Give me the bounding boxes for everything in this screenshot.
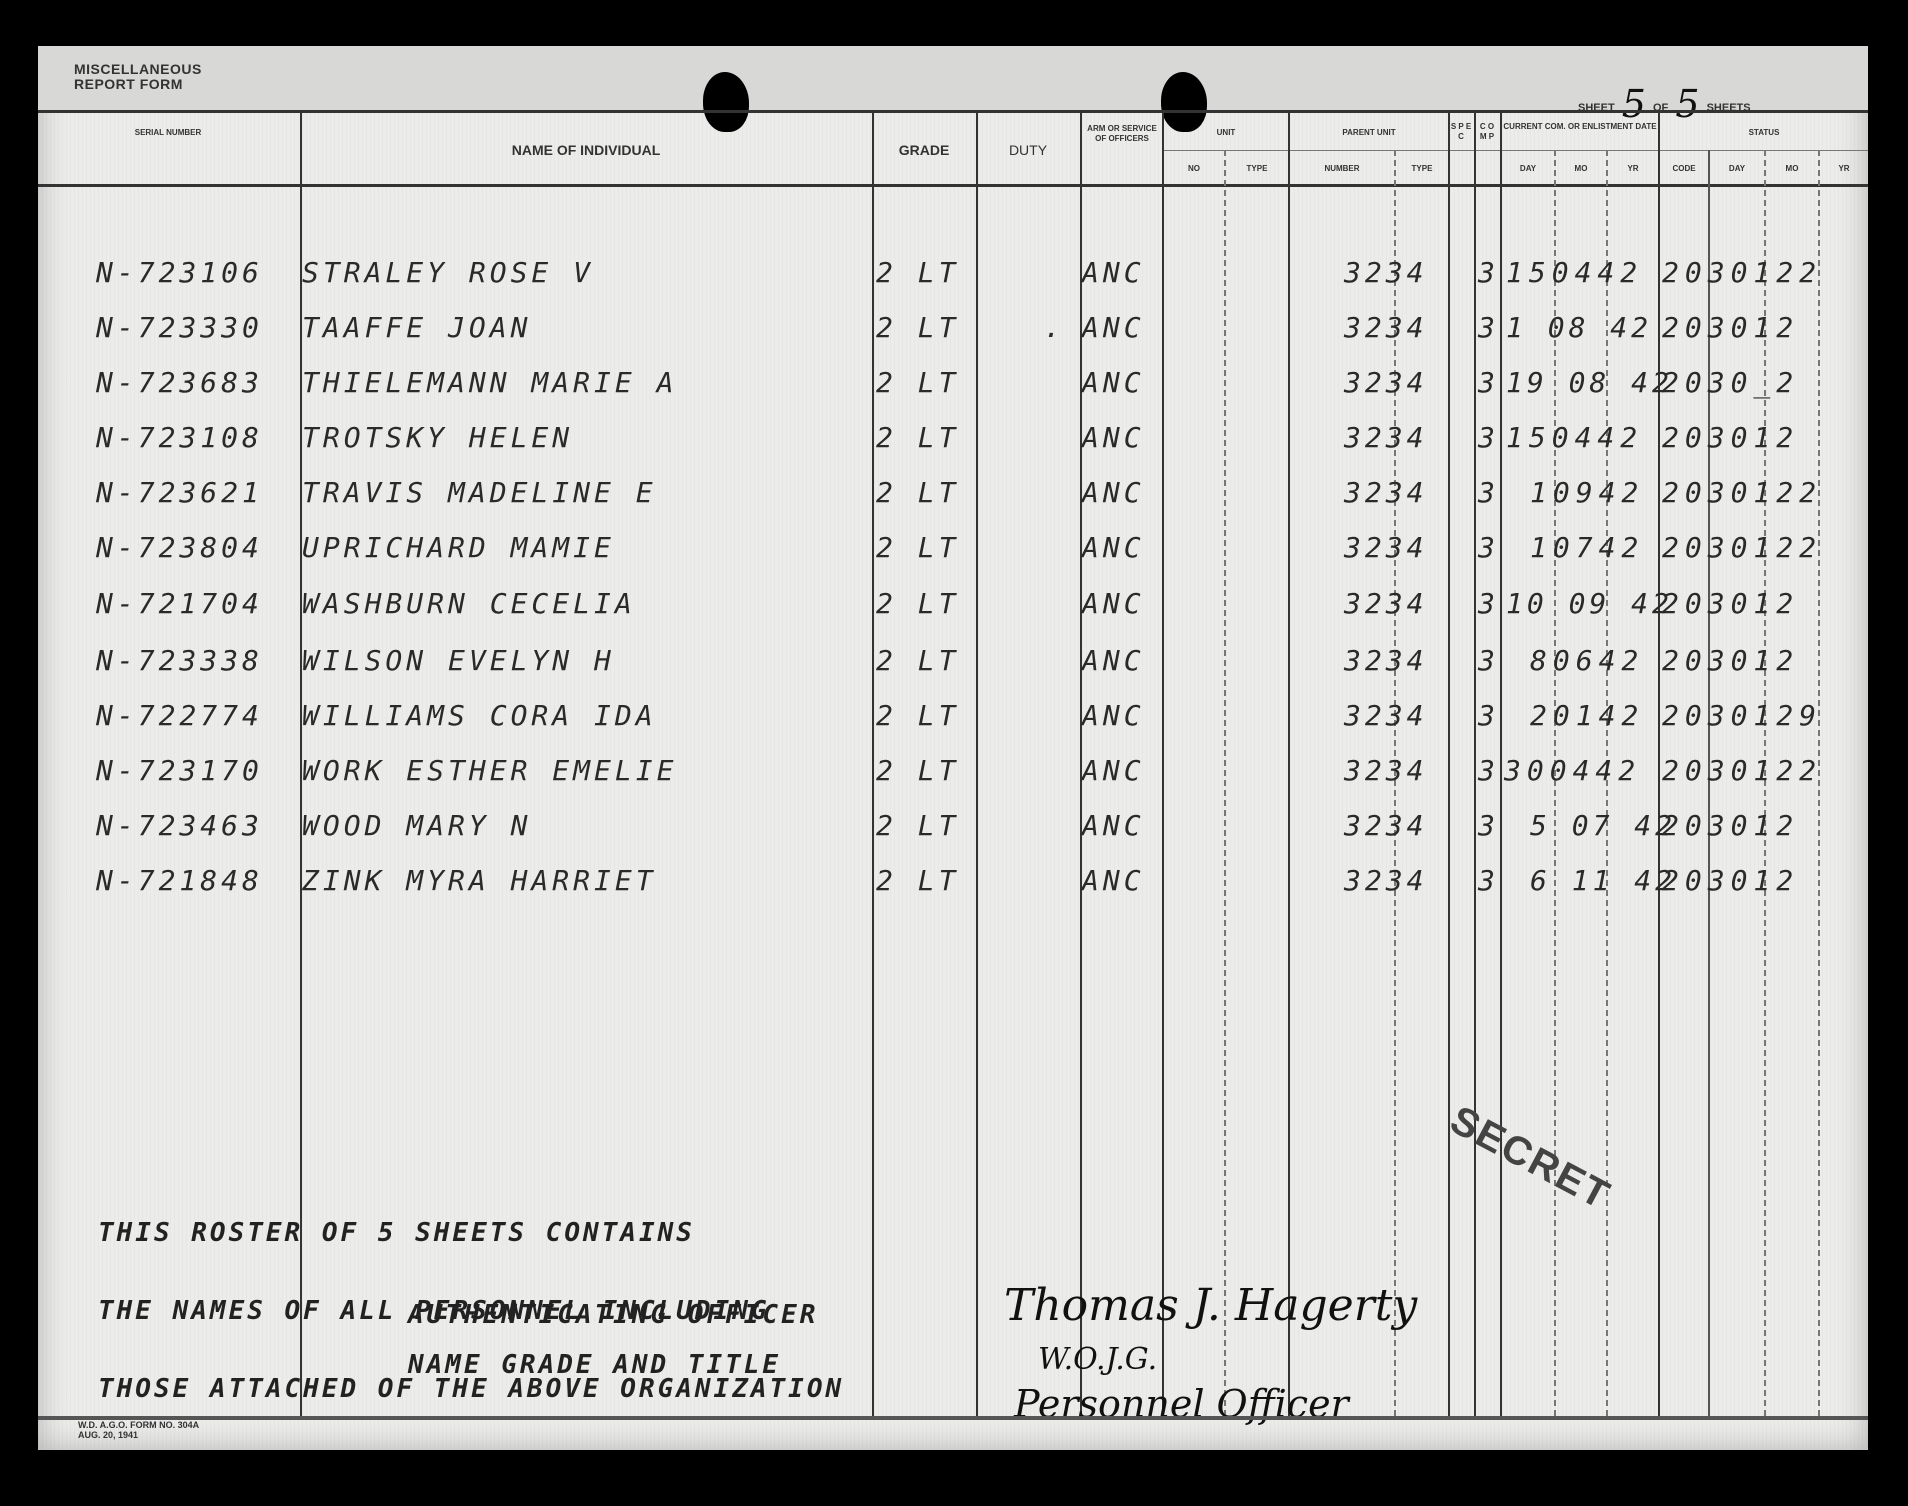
header-parent-number: NUMBER bbox=[1290, 164, 1394, 174]
table-row: N-721848 ZINK MYRA HARRIET 2 LT ANC 3234… bbox=[38, 864, 1868, 904]
serial-number: N-723621 bbox=[96, 476, 263, 509]
secret-stamp: SECRET bbox=[1443, 1098, 1618, 1220]
subheader-rule bbox=[1164, 150, 1868, 151]
header-unit-type: TYPE bbox=[1226, 164, 1288, 174]
grade: 2 LT bbox=[876, 421, 959, 454]
table-row: N-723621 TRAVIS MADELINE E 2 LT ANC 3234… bbox=[38, 476, 1868, 516]
individual-name: UPRICHARD MAMIE bbox=[302, 531, 615, 564]
enlistment-date: 150442 bbox=[1506, 421, 1643, 454]
table-row: N-723106 STRALEY ROSE V 2 LT ANC 3234 3 … bbox=[38, 256, 1868, 296]
individual-name: WILLIAMS CORA IDA bbox=[302, 699, 657, 732]
enlistment-date: 1 08 42 bbox=[1506, 311, 1652, 344]
header-duty: DUTY bbox=[976, 142, 1080, 158]
grade: 2 LT bbox=[876, 531, 959, 564]
authenticating-officer-label: AUTHENTICATING OFFICER bbox=[408, 1302, 818, 1328]
form-number-line2: AUG. 20, 1941 bbox=[78, 1430, 199, 1440]
enlistment-date: 80642 bbox=[1530, 644, 1644, 677]
table-row: N-721704 WASHBURN CECELIA 2 LT ANC 3234 … bbox=[38, 587, 1868, 627]
status-code: 203012 bbox=[1662, 864, 1799, 897]
arm-service: ANC bbox=[1082, 754, 1145, 787]
grade: 2 LT bbox=[876, 311, 959, 344]
serial-number: N-723330 bbox=[96, 311, 263, 344]
serial-number: N-723463 bbox=[96, 809, 263, 842]
serial-number: N-722774 bbox=[96, 699, 263, 732]
header-mo: MO bbox=[1556, 164, 1606, 174]
enlistment-date: 150442 bbox=[1506, 256, 1643, 289]
header-parent-type: TYPE bbox=[1396, 164, 1448, 174]
component: 3 bbox=[1478, 754, 1499, 787]
header-grade: GRADE bbox=[872, 142, 976, 158]
individual-name: ZINK MYRA HARRIET bbox=[302, 864, 657, 897]
parent-unit-number: 3234 bbox=[1344, 644, 1427, 677]
component: 3 bbox=[1478, 256, 1499, 289]
table-row: N-723170 WORK ESTHER EMELIE 2 LT ANC 323… bbox=[38, 754, 1868, 794]
individual-name: STRALEY ROSE V bbox=[302, 256, 594, 289]
form-number: W.D. A.G.O. FORM NO. 304A AUG. 20, 1941 bbox=[78, 1420, 199, 1440]
table-row: N-723330 TAAFFE JOAN 2 LT . ANC 3234 3 1… bbox=[38, 311, 1868, 351]
component: 3 bbox=[1478, 644, 1499, 677]
component: 3 bbox=[1478, 531, 1499, 564]
arm-service: ANC bbox=[1082, 809, 1145, 842]
status-code: 2030_2 bbox=[1662, 366, 1799, 399]
header-comp: C O M P bbox=[1476, 122, 1498, 142]
enlistment-date: 19 08 42 bbox=[1506, 366, 1673, 399]
parent-unit-number: 3234 bbox=[1344, 531, 1427, 564]
name-grade-title-label: NAME GRADE AND TITLE bbox=[408, 1352, 781, 1378]
serial-number: N-723106 bbox=[96, 256, 263, 289]
header-bottom-rule bbox=[38, 184, 1868, 187]
parent-unit-number: 3234 bbox=[1344, 311, 1427, 344]
sheet-counter: SHEET 5 OF 5 SHEETS bbox=[1578, 76, 1751, 120]
parent-unit-number: 3234 bbox=[1344, 809, 1427, 842]
status-code: 2030122 bbox=[1662, 754, 1822, 787]
table-row: N-723338 WILSON EVELYN H 2 LT ANC 3234 3… bbox=[38, 644, 1868, 684]
header-parent-unit: PARENT UNIT bbox=[1290, 128, 1448, 138]
parent-unit-number: 3234 bbox=[1344, 864, 1427, 897]
grade: 2 LT bbox=[876, 476, 959, 509]
table-row: N-723683 THIELEMANN MARIE A 2 LT ANC 323… bbox=[38, 366, 1868, 406]
component: 3 bbox=[1478, 864, 1499, 897]
table-row: N-723108 TROTSKY HELEN 2 LT ANC 3234 3 1… bbox=[38, 421, 1868, 461]
grade: 2 LT bbox=[876, 587, 959, 620]
component: 3 bbox=[1478, 366, 1499, 399]
arm-service: ANC bbox=[1082, 531, 1145, 564]
header-name: NAME OF INDIVIDUAL bbox=[300, 142, 872, 158]
parent-unit-number: 3234 bbox=[1344, 366, 1427, 399]
header-spec: S P E C bbox=[1450, 122, 1472, 142]
serial-number: N-723683 bbox=[96, 366, 263, 399]
table-row: N-723804 UPRICHARD MAMIE 2 LT ANC 3234 3… bbox=[38, 531, 1868, 571]
header-day: DAY bbox=[1502, 164, 1554, 174]
component: 3 bbox=[1478, 587, 1499, 620]
serial-number: N-723804 bbox=[96, 531, 263, 564]
arm-service: ANC bbox=[1082, 311, 1145, 344]
header-serial-number: SERIAL NUMBER bbox=[98, 128, 238, 138]
serial-number: N-723108 bbox=[96, 421, 263, 454]
grade: 2 LT bbox=[876, 754, 959, 787]
parent-unit-number: 3234 bbox=[1344, 587, 1427, 620]
header-status: STATUS bbox=[1660, 128, 1868, 138]
individual-name: TAAFFE JOAN bbox=[302, 311, 531, 344]
enlistment-date: 10 09 42 bbox=[1506, 587, 1673, 620]
punch-hole-icon bbox=[1161, 72, 1207, 132]
header-arm-service: ARM OR SERVICE OF OFFICERS bbox=[1084, 124, 1160, 144]
serial-number: N-723338 bbox=[96, 644, 263, 677]
parent-unit-number: 3234 bbox=[1344, 256, 1427, 289]
header-enlistment-date: CURRENT COM. OR ENLISTMENT DATE bbox=[1502, 122, 1658, 132]
enlistment-date: 300442 bbox=[1504, 754, 1641, 787]
header-top-rule bbox=[38, 110, 1868, 113]
individual-name: THIELEMANN MARIE A bbox=[302, 366, 677, 399]
status-code: 203012 bbox=[1662, 644, 1799, 677]
enlistment-date: 5 07 42 bbox=[1530, 809, 1676, 842]
sheet-total: 5 bbox=[1675, 82, 1699, 126]
parent-unit-number: 3234 bbox=[1344, 476, 1427, 509]
officer-grade: W.O.J.G. bbox=[1038, 1342, 1157, 1377]
grade: 2 LT bbox=[876, 864, 959, 897]
status-code: 203012 bbox=[1662, 587, 1799, 620]
individual-name: TRAVIS MADELINE E bbox=[302, 476, 657, 509]
status-code: 2030122 bbox=[1662, 531, 1822, 564]
component: 3 bbox=[1478, 809, 1499, 842]
arm-service: ANC bbox=[1082, 644, 1145, 677]
grade: 2 LT bbox=[876, 699, 959, 732]
form-title-line2: REPORT FORM bbox=[74, 77, 202, 92]
status-code: 203012 bbox=[1662, 311, 1799, 344]
parent-unit-number: 3234 bbox=[1344, 754, 1427, 787]
enlistment-date: 10942 bbox=[1530, 476, 1644, 509]
status-code: 2030129 bbox=[1662, 699, 1822, 732]
table-row: N-723463 WOOD MARY N 2 LT ANC 3234 3 5 0… bbox=[38, 809, 1868, 849]
component: 3 bbox=[1478, 311, 1499, 344]
arm-service: ANC bbox=[1082, 587, 1145, 620]
status-code: 2030122 bbox=[1662, 476, 1822, 509]
serial-number: N-721704 bbox=[96, 587, 263, 620]
header-status-yr: YR bbox=[1820, 164, 1868, 174]
header-unit-no: NO bbox=[1164, 164, 1224, 174]
arm-service: ANC bbox=[1082, 366, 1145, 399]
component: 3 bbox=[1478, 476, 1499, 509]
enlistment-date: 10742 bbox=[1530, 531, 1644, 564]
grade: 2 LT bbox=[876, 809, 959, 842]
individual-name: WILSON EVELYN H bbox=[302, 644, 615, 677]
individual-name: TROTSKY HELEN bbox=[302, 421, 573, 454]
header-status-code: CODE bbox=[1660, 164, 1708, 174]
individual-name: WASHBURN CECELIA bbox=[302, 587, 636, 620]
punch-hole-icon bbox=[703, 72, 749, 132]
duty: . bbox=[1044, 311, 1065, 344]
individual-name: WOOD MARY N bbox=[302, 809, 531, 842]
status-code: 203012 bbox=[1662, 421, 1799, 454]
serial-number: N-721848 bbox=[96, 864, 263, 897]
roster-statement-line1: THIS ROSTER OF 5 SHEETS CONTAINS bbox=[98, 1220, 844, 1246]
status-code: 203012 bbox=[1662, 809, 1799, 842]
serial-number: N-723170 bbox=[96, 754, 263, 787]
arm-service: ANC bbox=[1082, 476, 1145, 509]
component: 3 bbox=[1478, 699, 1499, 732]
arm-service: ANC bbox=[1082, 864, 1145, 897]
grade: 2 LT bbox=[876, 644, 959, 677]
arm-service: ANC bbox=[1082, 421, 1145, 454]
arm-service: ANC bbox=[1082, 699, 1145, 732]
grade: 2 LT bbox=[876, 366, 959, 399]
officer-signature: Thomas J. Hagerty bbox=[1004, 1280, 1417, 1331]
sheet-number: 5 bbox=[1622, 82, 1646, 126]
header-unit: UNIT bbox=[1164, 128, 1288, 138]
header-status-day: DAY bbox=[1710, 164, 1764, 174]
parent-unit-number: 3234 bbox=[1344, 699, 1427, 732]
roster-sheet: MISCELLANEOUS REPORT FORM SHEET 5 OF 5 S… bbox=[38, 46, 1868, 1450]
form-title: MISCELLANEOUS REPORT FORM bbox=[74, 62, 202, 92]
header-status-mo: MO bbox=[1766, 164, 1818, 174]
parent-unit-number: 3234 bbox=[1344, 421, 1427, 454]
table-row: N-722774 WILLIAMS CORA IDA 2 LT ANC 3234… bbox=[38, 699, 1868, 739]
header-yr: YR bbox=[1608, 164, 1658, 174]
form-title-line1: MISCELLANEOUS bbox=[74, 62, 202, 77]
arm-service: ANC bbox=[1082, 256, 1145, 289]
enlistment-date: 20142 bbox=[1530, 699, 1644, 732]
enlistment-date: 6 11 42 bbox=[1530, 864, 1676, 897]
individual-name: WORK ESTHER EMELIE bbox=[302, 754, 677, 787]
form-bottom-rule bbox=[38, 1416, 1868, 1420]
status-code: 2030122 bbox=[1662, 256, 1822, 289]
form-number-line1: W.D. A.G.O. FORM NO. 304A bbox=[78, 1420, 199, 1430]
grade: 2 LT bbox=[876, 256, 959, 289]
component: 3 bbox=[1478, 421, 1499, 454]
